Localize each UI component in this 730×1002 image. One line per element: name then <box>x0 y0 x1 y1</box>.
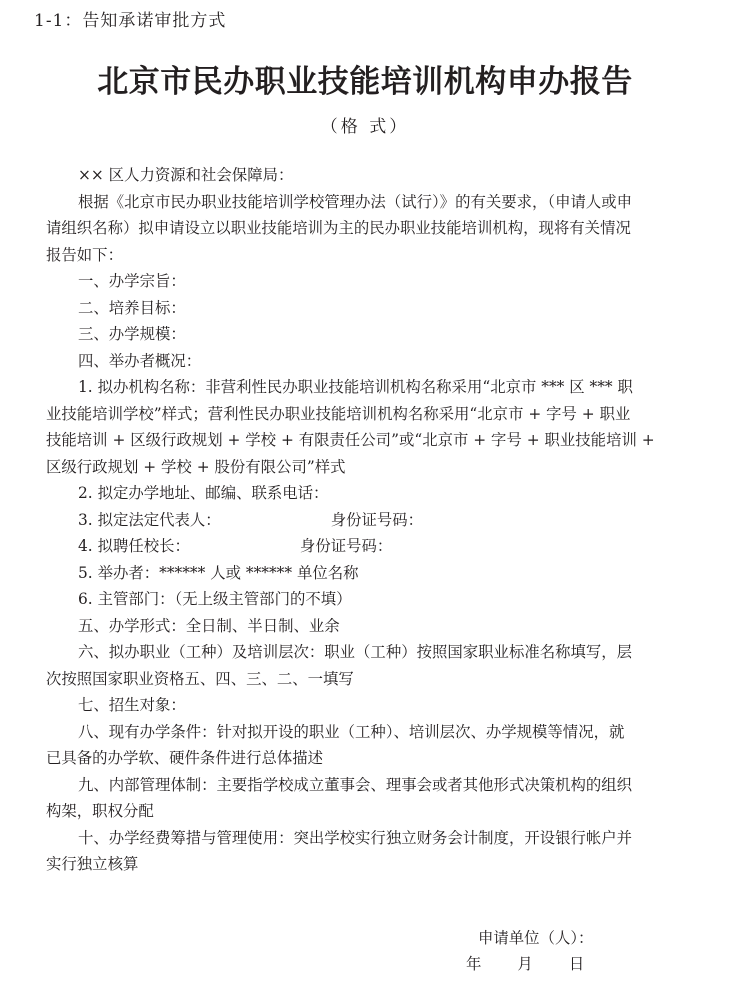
section-8-line: 已具备的办学软、硬件条件进行总体描述 <box>46 745 686 772</box>
section-8-line: 八、现有办学条件：针对拟开设的职业（工种）、培训层次、办学规模等情况，就 <box>46 719 686 746</box>
applicant-signature-label: 申请单位（人）： <box>478 926 593 948</box>
section-6-line: 次按照国家职业资格五、四、三、二、一填写 <box>46 666 686 693</box>
item-3-legal-rep: 3. 拟定法定代表人： <box>78 511 221 529</box>
item-4: 4. 拟聘任校长：身份证号码： <box>46 533 686 560</box>
item-1-line: 1. 拟办机构名称：非营利性民办职业技能培训机构名称采用“北京市 *** 区 *… <box>46 374 686 401</box>
intro-line: 请组织名称）拟申请设立以职业技能培训为主的民办职业技能培训机构，现将有关情况 <box>46 215 686 242</box>
document-label: 1-1：告知承诺审批方式 <box>34 6 226 31</box>
document-subtitle: （格 式） <box>0 112 730 137</box>
item-3: 3. 拟定法定代表人：身份证号码： <box>46 507 686 534</box>
item-1-line: 区级行政规划 + 学校 + 股份有限公司”样式 <box>46 454 686 481</box>
item-4-id-number: 身份证号码： <box>300 537 392 555</box>
item-1-line: 业技能培训学校”样式；营利性民办职业技能培训机构名称采用“北京市 + 字号 + … <box>46 401 686 428</box>
intro-line: 报告如下： <box>46 242 686 269</box>
section-1: 一、办学宗旨： <box>46 268 686 295</box>
section-5: 五、办学形式：全日制、半日制、业余 <box>46 613 686 640</box>
section-9-line: 九、内部管理体制：主要指学校成立董事会、理事会或者其他形式决策机构的组织 <box>46 772 686 799</box>
item-2: 2. 拟定办学地址、邮编、联系电话： <box>46 480 686 507</box>
section-6-line: 六、拟办职业（工种）及培训层次：职业（工种）按照国家职业标准名称填写，层 <box>46 639 686 666</box>
section-7: 七、招生对象： <box>46 692 686 719</box>
salutation: ×× 区人力资源和社会保障局： <box>46 162 686 189</box>
date-month: 月 <box>517 952 532 974</box>
intro-line: 根据《北京市民办职业技能培训学校管理办法（试行）》的有关要求，（申请人或申 <box>46 189 686 216</box>
date-day: 日 <box>569 952 584 974</box>
item-1-line: 技能培训 + 区级行政规划 + 学校 + 有限责任公司”或“北京市 + 字号 +… <box>46 427 686 454</box>
section-3: 三、办学规模： <box>46 321 686 348</box>
section-10-line: 实行独立核算 <box>46 851 686 878</box>
section-2: 二、培养目标： <box>46 295 686 322</box>
item-3-id-number: 身份证号码： <box>331 511 423 529</box>
document-body: ×× 区人力资源和社会保障局： 根据《北京市民办职业技能培训学校管理办法（试行）… <box>46 162 686 878</box>
section-9-line: 构架，职权分配 <box>46 798 686 825</box>
item-4-principal: 4. 拟聘任校长： <box>78 537 190 555</box>
item-5: 5. 举办者：****** 人或 ****** 单位名称 <box>46 560 686 587</box>
date-year: 年 <box>466 952 481 974</box>
document-title: 北京市民办职业技能培训机构申办报告 <box>0 56 730 101</box>
signature-date: 年月日 <box>466 952 584 974</box>
section-10-line: 十、办学经费筹措与管理使用：突出学校实行独立财务会计制度，开设银行帐户并 <box>46 825 686 852</box>
section-4: 四、举办者概况： <box>46 348 686 375</box>
item-6: 6. 主管部门：（无上级主管部门的不填） <box>46 586 686 613</box>
